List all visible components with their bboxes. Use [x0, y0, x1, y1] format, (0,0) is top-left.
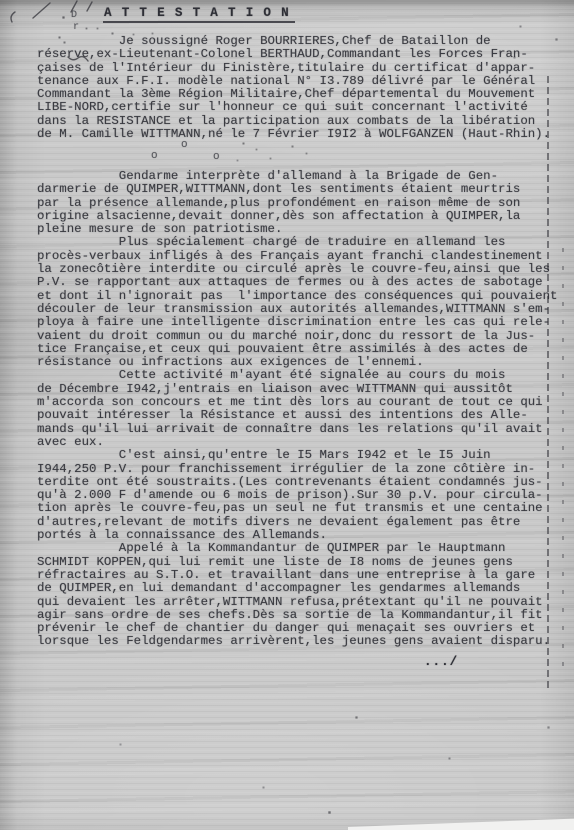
- paragraph-proces-verbaux: Plus spécialement chargé de traduire en …: [37, 236, 558, 369]
- text-line: LIBE-NORD,certifie sur l'honneur ce qui …: [37, 101, 550, 114]
- text-line: mands qu'il lui arrivait de connaître da…: [37, 423, 558, 436]
- scanned-attestation-page: A T T E S T A T I O N Je soussigné Roger…: [0, 0, 574, 830]
- text-line: pouvait intéresser la Résistance et auss…: [37, 409, 558, 422]
- stray-typed-mark: o: [213, 151, 220, 163]
- text-line: qui devaient les arrêter,WITTMANN refusa…: [37, 596, 558, 609]
- text-line: Plus spécialement chargé de traduire en …: [37, 236, 558, 249]
- text-line: tion après le couvre-feu,pas un seul ne …: [37, 502, 558, 515]
- preamble-paragraph: Je soussigné Roger BOURRIERES,Chef de Ba…: [37, 35, 550, 141]
- stray-typed-mark: r: [73, 22, 79, 33]
- stray-typed-mark: o: [151, 150, 158, 162]
- margin-dotted-line: [562, 248, 564, 672]
- text-line: P.V. se rapportant aux attaques de ferme…: [37, 276, 558, 289]
- text-line: de M. Camille WITTMANN,né le 7 Février I…: [37, 128, 550, 141]
- text-line: C'est ainsi,qu'entre le I5 Mars I942 et …: [37, 449, 558, 462]
- stray-typed-mark: o: [181, 139, 188, 151]
- text-line: ploya à faire une intelligente discrimin…: [37, 316, 558, 329]
- text-line: Appelé à la Kommandantur de QUIMPER par …: [37, 542, 558, 555]
- text-line: réserve,ex-Lieutenant-Colonel BERTHAUD,C…: [37, 48, 550, 61]
- text-line: de QUIMPER,en lui demandant d'accompagne…: [37, 582, 558, 595]
- paragraph-kommandantur: Appelé à la Kommandantur de QUIMPER par …: [37, 542, 558, 648]
- text-line: et dont il n'ignorait pas l'importance d…: [37, 290, 558, 303]
- text-line: Cette activité m'ayant été signalée au c…: [37, 369, 558, 382]
- text-line: I944,250 P.V. pour franchissement irrégu…: [37, 463, 558, 476]
- continuation-mark: .../: [424, 655, 458, 669]
- text-line: vaient du droit commun ou du marché noir…: [37, 330, 558, 343]
- document-title: A T T E S T A T I O N: [103, 6, 295, 23]
- text-line: par la présence allemande,plus profondém…: [37, 197, 558, 210]
- bottom-scan-tear: [348, 818, 574, 830]
- paragraph-liaison: Cette activité m'ayant été signalée au c…: [37, 369, 558, 449]
- paragraph-gendarme: Gendarme interprète d'allemand à la Brig…: [37, 170, 558, 236]
- stray-typed-mark: D: [71, 10, 77, 21]
- text-line: SCHMIDT KOPPEN,qui lui remit une liste d…: [37, 556, 558, 569]
- text-line: lorsque les Feldgendarmes arrivèrent,les…: [37, 635, 558, 648]
- paragraph-pv-soustraits: C'est ainsi,qu'entre le I5 Mars I942 et …: [37, 449, 558, 542]
- document-body: Gendarme interprète d'allemand à la Brig…: [37, 170, 558, 649]
- scan-specks: [0, 0, 1, 1]
- text-line: darmerie de QUIMPER,WITTMANN,dont les se…: [37, 183, 558, 196]
- text-line: çaises de l'Intérieur du Finistère,titul…: [37, 62, 550, 75]
